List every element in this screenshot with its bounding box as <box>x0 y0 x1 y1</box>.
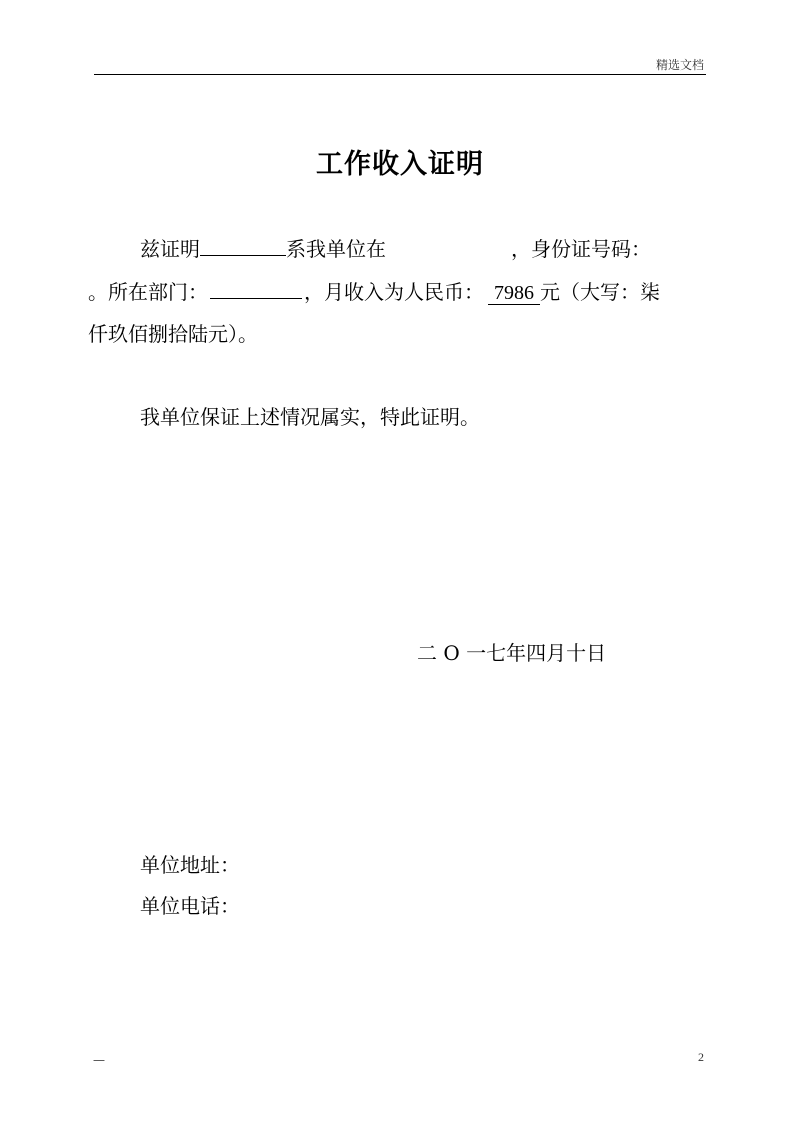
certify-prefix: 兹证明 <box>140 237 200 261</box>
certify-suffix: ，身份证号码： <box>511 237 651 261</box>
income-amount: 7986 <box>488 282 540 305</box>
issue-date: 二 O 一七年四月十日 <box>417 637 606 666</box>
name-blank[interactable] <box>200 235 286 256</box>
header-rule <box>94 74 706 75</box>
header-label: 精选文档 <box>656 56 704 73</box>
department-line: 。所在部门：，月收入为人民币：7986元（大写：柒 <box>88 276 660 305</box>
unit-address-label: 单位地址： <box>140 849 240 878</box>
guarantee-statement: 我单位保证上述情况属实，特此证明。 <box>140 401 480 430</box>
certify-mid: 系我单位在 <box>286 237 386 261</box>
unit-phone-label: 单位电话： <box>140 890 240 919</box>
department-prefix: 。所在部门： <box>88 280 208 304</box>
income-label: ，月收入为人民币： <box>304 280 484 304</box>
income-suffix: 元（大写：柒 <box>540 280 660 304</box>
amount-words-line: 仟玖佰捌拾陆元）。 <box>88 318 258 347</box>
document-title: 工作收入证明 <box>0 142 800 181</box>
page-number: 2 <box>698 1050 704 1065</box>
certify-line: 兹证明系我单位在，身份证号码： <box>140 233 651 262</box>
footer-dash: — <box>93 1053 105 1067</box>
department-blank[interactable] <box>210 278 302 299</box>
